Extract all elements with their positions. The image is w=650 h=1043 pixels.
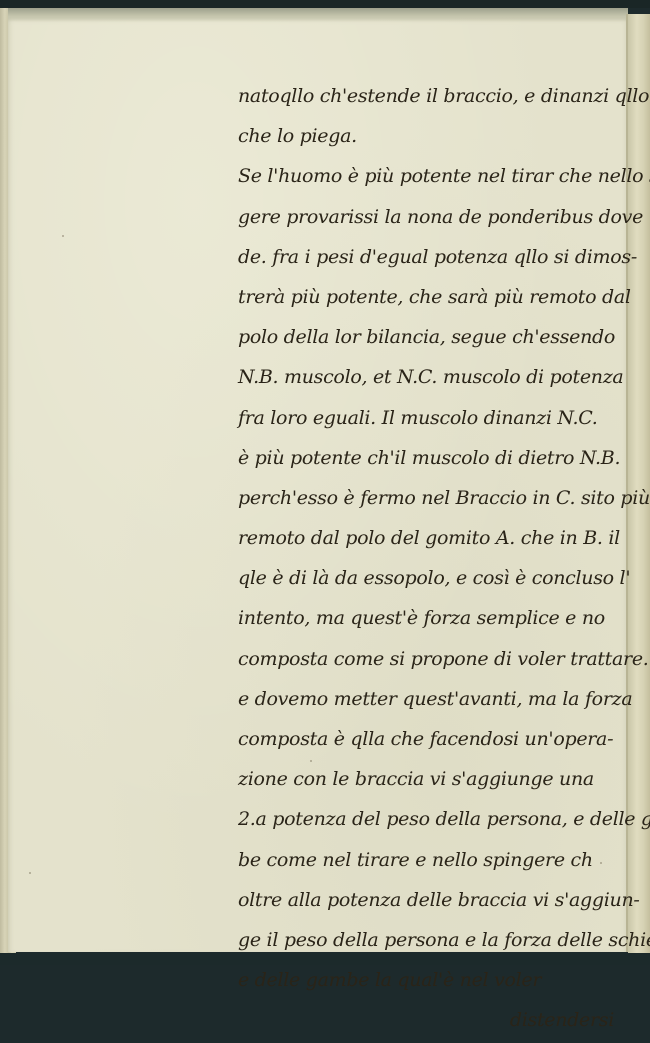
text-line: be come nel tirare e nello spingere ch	[238, 842, 630, 882]
text-line: polo della lor bilancia, segue ch'essend…	[238, 319, 630, 359]
scan-top-edge	[0, 0, 650, 8]
text-line: perch'esso è fermo nel Braccio in C. sit…	[238, 480, 630, 520]
text-line: N.B. muscolo, et N.C. muscolo di potenza	[238, 359, 630, 399]
text-line: intento, ma quest'è forza semplice e no	[238, 600, 630, 640]
paper-speck	[29, 872, 31, 874]
text-line: composta come si propone di voler tratta…	[238, 641, 630, 681]
text-line: ge il peso della persona e la forza dell…	[238, 922, 630, 962]
text-line: zione con le braccia vi s'aggiunge una	[238, 761, 630, 801]
text-line: natoqllo ch'estende il braccio, e dinanz…	[238, 78, 630, 118]
text-line: gere provarissi la nona de ponderibus do…	[238, 199, 630, 239]
text-line: è più potente ch'il muscolo di dietro N.…	[238, 440, 630, 480]
text-line: fra loro eguali. Il muscolo dinanzi N.C.	[238, 400, 630, 440]
text-line: qle è di là da essopolo, e così è conclu…	[238, 560, 630, 600]
text-line: e dovemo metter quest'avanti, ma la forz…	[238, 681, 630, 721]
page-top-shadow	[8, 8, 628, 22]
text-line: che lo piega.	[238, 118, 630, 158]
paper-speck	[62, 235, 64, 237]
text-line: trerà più potente, che sarà più remoto d…	[238, 279, 630, 319]
text-line: de. fra i pesi d'egual potenza qllo si d…	[238, 239, 630, 279]
text-line: remoto dal polo del gomito A. che in B. …	[238, 520, 630, 560]
text-line: composta è qlla che facendosi un'opera-	[238, 721, 630, 761]
text-line: oltre alla potenza delle braccia vi s'ag…	[238, 882, 630, 922]
text-line: 2.a potenza del peso della persona, e de…	[238, 801, 630, 841]
text-line: Se l'huomo è più potente nel tirar che n…	[238, 158, 630, 198]
scanned-manuscript: natoqllo ch'estende il braccio, e dinanz…	[0, 0, 650, 965]
handwritten-text-block: natoqllo ch'estende il braccio, e dinanz…	[238, 78, 630, 965]
